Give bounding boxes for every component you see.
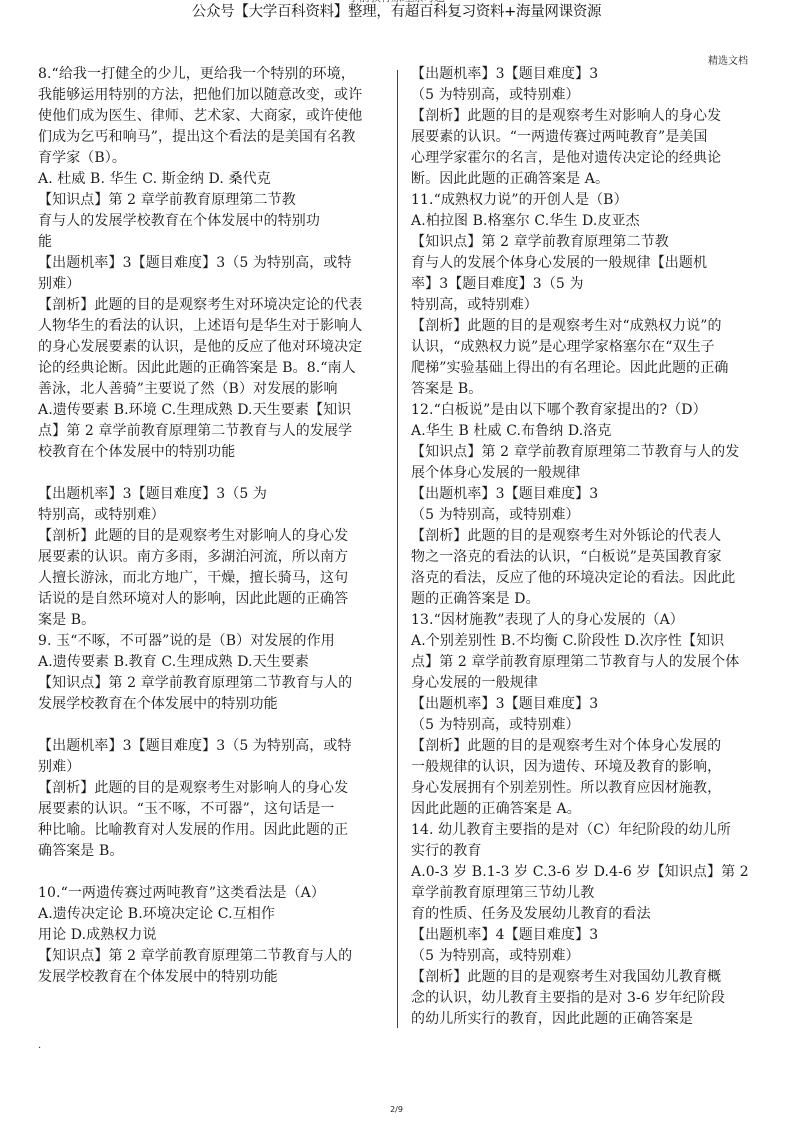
text-line: 展要素的认识。“一两遗传赛过两吨教育”是美国 xyxy=(411,127,756,148)
text-line: 章学前教育原理第三节幼儿教 xyxy=(411,883,756,904)
right-column: 【出题机率】3【题目难度】3（5 为特别高，或特别难）【剖析】此题的目的是观察考… xyxy=(411,64,756,1030)
left-column: 8.“给我一打健全的少儿，更给我一个特别的环境，我能够运用特别的方法，把他们加以… xyxy=(38,64,378,988)
text-line: 【知识点】第 2 章学前教育原理第二节教育与人的 xyxy=(38,673,378,694)
text-line: 话说的是自然环境对人的影响，因此此题的正确答 xyxy=(38,589,378,610)
text-line: 【知识点】第 2 章学前教育原理第二节教 xyxy=(411,232,756,253)
text-line: 【剖析】此题的目的是观察考生对个体身心发展的 xyxy=(411,736,756,757)
text-line: A. 杜威 B. 华生 C. 斯金纳 D. 桑代克 xyxy=(38,169,378,190)
text-line: 率】3【题目难度】3（5 为 xyxy=(411,274,756,295)
text-line: 8.“给我一打健全的少儿，更给我一个特别的环境， xyxy=(38,64,378,85)
text-line: 洛克的看法，反应了他的环境决定论的看法。因此此 xyxy=(411,568,756,589)
text-line: 别难） xyxy=(38,274,378,295)
text-line: 11.“成熟权力说”的开创人是（B） xyxy=(411,190,756,211)
text-line: 12.“白板说”是由以下哪个教育家提出的?（D） xyxy=(411,400,756,421)
column-divider xyxy=(397,70,398,1028)
text-line: 展个体身心发展的一般规律 xyxy=(411,463,756,484)
text-line: 【知识点】第 2 章学前教育原理第二节教 xyxy=(38,190,378,211)
text-line: 【剖析】此题的目的是观察考生对外铄论的代表人 xyxy=(411,526,756,547)
text-line: 9. 玉“不啄，不可器”说的是（B）对发展的作用 xyxy=(38,631,378,652)
text-line: 【剖析】此题的目的是观察考生对影响人的身心发 xyxy=(411,106,756,127)
text-line: 身心发展的一般规律 xyxy=(411,673,756,694)
text-line: A.柏拉图 B.格塞尔 C.华生 D.皮亚杰 xyxy=(411,211,756,232)
text-line: 因此此题的正确答案是 A。 xyxy=(411,799,756,820)
text-line: 题的正确答案是 D。 xyxy=(411,589,756,610)
text-line: 育的性质、任务及发展幼儿教育的看法 xyxy=(411,904,756,925)
text-line: A.0-3 岁 B.1-3 岁 C.3-6 岁 D.4-6 岁【知识点】第 2 xyxy=(411,862,756,883)
text-line: 育与人的发展个体身心发展的一般规律【出题机 xyxy=(411,253,756,274)
text-line: 实行的教育 xyxy=(411,841,756,862)
text-line: 发展学校教育在个体发展中的特别功能 xyxy=(38,967,378,988)
text-line: 【剖析】此题的目的是观察考生对影响人的身心发 xyxy=(38,778,378,799)
text-line: 【出题机率】3【题目难度】3 xyxy=(411,484,756,505)
text-line: 确答案是 B。 xyxy=(38,841,378,862)
text-line: 一般规律的认识，因为遗传、环境及教育的影响， xyxy=(411,757,756,778)
text-line: 特别高，或特别难） xyxy=(38,505,378,526)
text-line: 论的经典论断。因此此题的正确答案是 B。8.“南人 xyxy=(38,358,378,379)
text-line: 善泳，北人善骑”主要说了然（B）对发展的影响 xyxy=(38,379,378,400)
text-line: 【知识点】第 2 章学前教育原理第二节教育与人的 xyxy=(38,946,378,967)
text-line: 【出题机率】3【题目难度】3 xyxy=(411,694,756,715)
text-line: 【剖析】此题的目的是观察考生对环境决定论的代表 xyxy=(38,295,378,316)
text-line: 心理学家霍尔的名言，是他对遗传决定论的经典论 xyxy=(411,148,756,169)
text-line: （5 为特别高，或特别难） xyxy=(411,715,756,736)
text-line: 使他们成为医生、律师、艺术家、大商家，或许使他 xyxy=(38,106,378,127)
text-line: 14. 幼儿教育主要指的是对（C）年纪阶段的幼儿所 xyxy=(411,820,756,841)
text-line: 人物华生的看法的认识，上述语句是华生对于影响人 xyxy=(38,316,378,337)
text-line: 发展学校教育在个体发展中的特别功能 xyxy=(38,694,378,715)
text-line: 物之一洛克的看法的认识，“白板说”是英国教育家 xyxy=(411,547,756,568)
text-line: 人擅长游泳，而北方地广，干燥，擅长骑马，这句 xyxy=(38,568,378,589)
text-line: 点】第 2 章学前教育原理第二节教育与人的发展学 xyxy=(38,421,378,442)
text-line: 【出题机率】3【题目难度】3（5 为特别高，或特 xyxy=(38,253,378,274)
text-line: 校教育在个体发展中的特别功能 xyxy=(38,442,378,463)
text-line: 的身心发展要素的认识，是他的反应了他对环境决定 xyxy=(38,337,378,358)
text-line: 身心发展拥有个别差别性。所以教育应因材施教， xyxy=(411,778,756,799)
text-line: 断。因此此题的正确答案是 A。 xyxy=(411,169,756,190)
text-line xyxy=(38,463,378,484)
text-line xyxy=(38,715,378,736)
text-line xyxy=(38,862,378,883)
text-line: 【剖析】此题的目的是观察考生对“成熟权力说”的 xyxy=(411,316,756,337)
text-line: 用论 D.成熟权力说 xyxy=(38,925,378,946)
text-line: 们成为乞丐和响马”，提出这个看法的是美国有名教 xyxy=(38,127,378,148)
text-line: A.遗传要素 B.环境 C.生理成熟 D.天生要素【知识 xyxy=(38,400,378,421)
text-line: 的幼儿所实行的教育，因此此题的正确答案是 xyxy=(411,1009,756,1030)
text-line: 展要素的认识。“玉不啄，不可器”，这句话是一 xyxy=(38,799,378,820)
text-line: （5 为特别高，或特别难） xyxy=(411,85,756,106)
header-banner-text: 公众号【大学百科资料】整理，有超百科复习资料+海量网课资源 xyxy=(0,3,793,21)
stray-mark: . xyxy=(38,1040,41,1051)
text-line: 我能够运用特别的方法，把他们加以随意改变，或许 xyxy=(38,85,378,106)
text-line: 案是 B。 xyxy=(38,610,378,631)
text-line: A.个别差别性 B.不均衡 C.阶段性 D.次序性【知识 xyxy=(411,631,756,652)
text-line: 点】第 2 章学前教育原理第二节教育与人的发展个体 xyxy=(411,652,756,673)
text-line: 特别高，或特别难） xyxy=(411,295,756,316)
text-line: A.遗传决定论 B.环境决定论 C.互相作 xyxy=(38,904,378,925)
text-line: 10.“一两遗传赛过两吨教育”这类看法是（A） xyxy=(38,883,378,904)
text-line: 展要素的认识。南方多雨，多湖泊河流，所以南方 xyxy=(38,547,378,568)
text-line: 【剖析】此题的目的是观察考生对我国幼儿教育概 xyxy=(411,967,756,988)
text-line: 【出题机率】3【题目难度】3（5 为特别高，或特 xyxy=(38,736,378,757)
text-line: 爬梯”实验基础上得出的有名理论。因此此题的正确 xyxy=(411,358,756,379)
text-line: （5 为特别高，或特别难） xyxy=(411,505,756,526)
text-line: 别难） xyxy=(38,757,378,778)
text-line: 答案是 B。 xyxy=(411,379,756,400)
text-line: 【出题机率】4【题目难度】3 xyxy=(411,925,756,946)
text-line: 种比喻。比喻教育对人发展的作用。因此此题的正 xyxy=(38,820,378,841)
text-line: 认识，“成熟权力说”是心理学家格塞尔在“双生子 xyxy=(411,337,756,358)
text-line: 【剖析】此题的目的是观察考生对影响人的身心发 xyxy=(38,526,378,547)
text-line: 【出题机率】3【题目难度】3（5 为 xyxy=(38,484,378,505)
text-line: 13.“因材施教”表现了人的身心发展的（A） xyxy=(411,610,756,631)
text-line: （5 为特别高，或特别难） xyxy=(411,946,756,967)
text-line: 育与人的发展学校教育在个体发展中的特别功 xyxy=(38,211,378,232)
text-line: A.华生 B 杜威 C.布鲁纳 D.洛克 xyxy=(411,421,756,442)
text-line: 能 xyxy=(38,232,378,253)
text-line: 念的认识，幼儿教育主要指的是对 3-6 岁年纪阶段 xyxy=(411,988,756,1009)
text-line: 育学家（B）。 xyxy=(38,148,378,169)
text-line: 【出题机率】3【题目难度】3 xyxy=(411,64,756,85)
page-number: 2/9 xyxy=(0,1105,793,1114)
text-line: A.遗传要素 B.教育 C.生理成熟 D.天生要素 xyxy=(38,652,378,673)
text-line: 【知识点】第 2 章学前教育原理第二节教育与人的发 xyxy=(411,442,756,463)
